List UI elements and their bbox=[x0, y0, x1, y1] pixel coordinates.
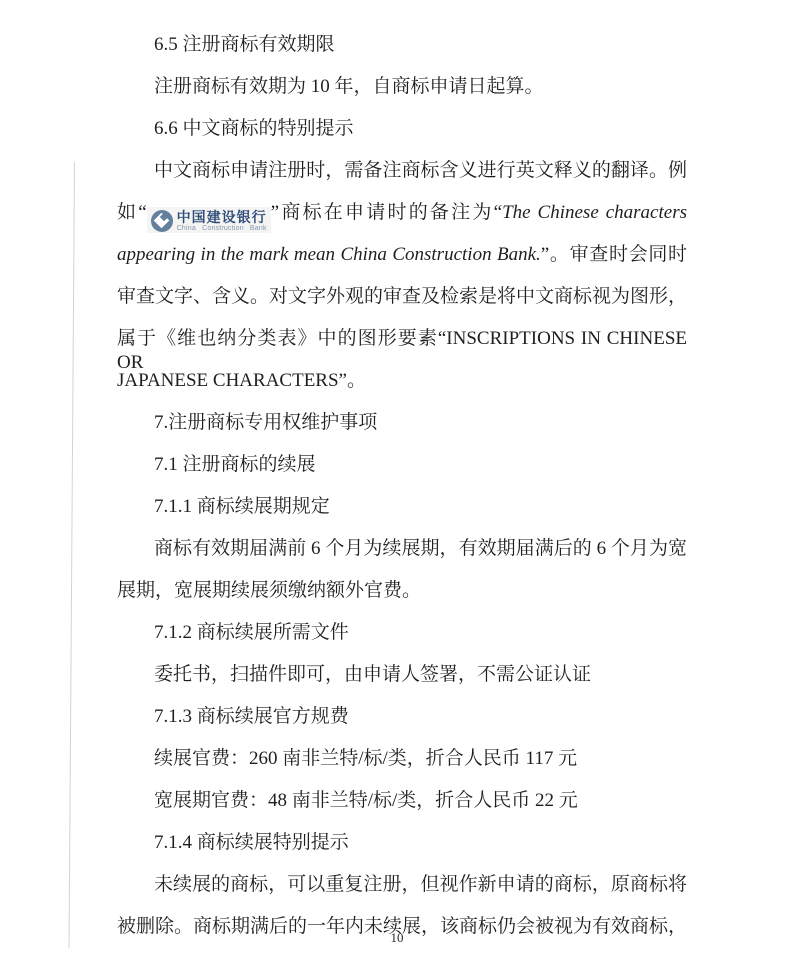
text-line: 商标有效期届满前 6 个月为续展期，有效期届满后的 6 个月为宽 bbox=[117, 537, 687, 561]
text-line: 6.6 中文商标的特别提示 bbox=[117, 117, 687, 141]
text-line: 审查文字、含义。对文字外观的审查及检索是将中文商标视为图形， bbox=[117, 285, 687, 309]
page-number: 10 bbox=[0, 930, 794, 946]
text-line: 委托书，扫描件即可，由申请人签署，不需公证认证 bbox=[117, 663, 687, 687]
text-line: 6.5 注册商标有效期限 bbox=[117, 33, 687, 57]
text-line: 7.1.1 商标续展期规定 bbox=[117, 495, 687, 519]
english-italic-text: appearing in the mark mean China Constru… bbox=[117, 244, 541, 265]
document-page: 6.5 注册商标有效期限注册商标有效期为 10 年，自商标申请日起算。6.6 中… bbox=[0, 0, 794, 953]
text-line: 属于《维也纳分类表》中的图形要素“INSCRIPTIONS IN CHINESE… bbox=[117, 327, 687, 351]
text-line: 未续展的商标，可以重复注册，但视作新申请的商标，原商标将 bbox=[117, 873, 687, 897]
text-line: 7.1.4 商标续展特别提示 bbox=[117, 831, 687, 855]
text-line: 7.1.3 商标续展官方规费 bbox=[117, 705, 687, 729]
ccb-logo-chinese-name: 中国建设银行 bbox=[177, 210, 267, 224]
text-line: 宽展期官费：48 南非兰特/标/类，折合人民币 22 元 bbox=[117, 789, 687, 813]
line-text: 如“ bbox=[117, 202, 147, 223]
text-line: 7.注册商标专用权维护事项 bbox=[117, 411, 687, 435]
text-line: 7.1 注册商标的续展 bbox=[117, 453, 687, 477]
text-line: 展期，宽展期续展须缴纳额外官费。 bbox=[117, 579, 687, 603]
text-line: appearing in the mark mean China Constru… bbox=[117, 243, 687, 267]
text-line: 7.1.2 商标续展所需文件 bbox=[117, 621, 687, 645]
scan-artifact-line bbox=[69, 162, 75, 948]
ccb-logo-text: 中国建设银行China Construction Bank bbox=[177, 210, 267, 232]
text-line: 如“中国建设银行China Construction Bank”商标在申请时的备… bbox=[117, 201, 687, 225]
line-text: ”商标在申请时的备注为“ bbox=[271, 202, 502, 223]
text-line: 注册商标有效期为 10 年，自商标申请日起算。 bbox=[117, 75, 687, 99]
text-line: 续展官费：260 南非兰特/标/类，折合人民币 117 元 bbox=[117, 747, 687, 771]
ccb-bank-icon bbox=[151, 210, 173, 232]
text-line: JAPANESE CHARACTERS”。 bbox=[117, 369, 687, 393]
line-text: ”。审查时会同时 bbox=[541, 244, 687, 265]
china-construction-bank-logo: 中国建设银行China Construction Bank bbox=[147, 207, 271, 233]
text-line: 中文商标申请注册时，需备注商标含义进行英文释义的翻译。例 bbox=[117, 159, 687, 183]
ccb-logo-english-name: China Construction Bank bbox=[177, 225, 267, 232]
english-italic-text: The Chinese characters bbox=[502, 202, 687, 223]
